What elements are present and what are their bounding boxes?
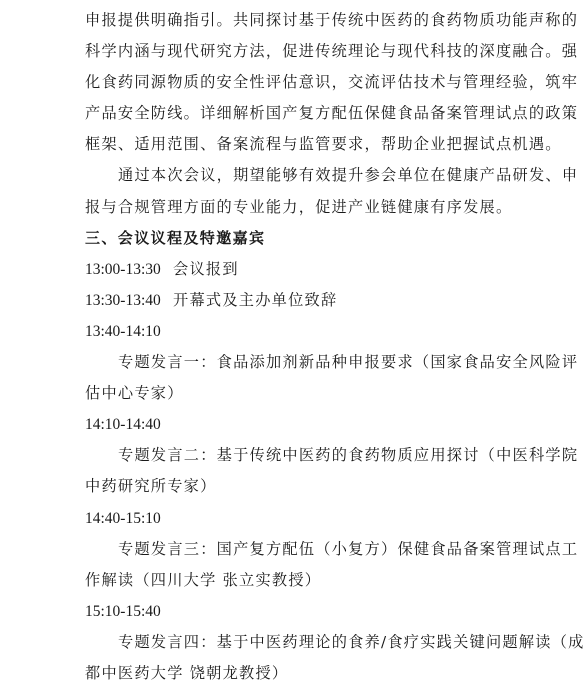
talk-1-line-2: 估中心专家） [85, 378, 500, 409]
agenda-time: 13:00-13:30 [85, 254, 165, 285]
agenda-time: 13:30-13:40 [85, 285, 165, 316]
conclusion-line-1: 通过本次会议，期望能够有效提升参会单位在健康产品研发、申 [85, 160, 500, 191]
intro-line-3: 化食药同源物质的安全性评估意识，交流评估技术与管理经验，筑牢 [85, 67, 500, 98]
intro-line-5: 框架、适用范围、备案流程与监管要求，帮助企业把握试点机遇。 [85, 129, 500, 160]
section-heading: 三、会议议程及特邀嘉宾 [85, 223, 500, 254]
agenda-time-talk-1: 13:40-14:10 [85, 316, 500, 347]
talk-1-line-1: 专题发言一：食品添加剂新品种申报要求（国家食品安全风险评 [85, 347, 500, 378]
talk-3-line-2: 作解读（四川大学 张立实教授） [85, 565, 500, 596]
agenda-item-opening: 13:30-13:40开幕式及主办单位致辞 [85, 285, 500, 316]
agenda-time-talk-3: 14:40-15:10 [85, 503, 500, 534]
agenda-item-registration: 13:00-13:30会议报到 [85, 254, 500, 285]
document-page: 申报提供明确指引。共同探讨基于传统中医药的食药物质功能声称的 科学内涵与现代研究… [85, 5, 500, 689]
agenda-time-talk-4: 15:10-15:40 [85, 596, 500, 627]
agenda-title: 会议报到 [173, 260, 239, 278]
agenda-time-talk-2: 14:10-14:40 [85, 409, 500, 440]
talk-2-line-1: 专题发言二：基于传统中医药的食药物质应用探讨（中医科学院 [85, 440, 500, 471]
talk-3-line-1: 专题发言三：国产复方配伍（小复方）保健食品备案管理试点工 [85, 534, 500, 565]
intro-line-2: 科学内涵与现代研究方法，促进传统理论与现代科技的深度融合。强 [85, 36, 500, 67]
talk-2-line-2: 中药研究所专家） [85, 471, 500, 502]
agenda-title: 开幕式及主办单位致辞 [173, 291, 337, 309]
conclusion-line-2: 报与合规管理方面的专业能力，促进产业链健康有序发展。 [85, 192, 500, 223]
talk-4-line-2: 都中医药大学 饶朝龙教授） [85, 658, 500, 689]
intro-line-1: 申报提供明确指引。共同探讨基于传统中医药的食药物质功能声称的 [85, 5, 500, 36]
talk-4-line-1: 专题发言四：基于中医药理论的食养/食疗实践关键问题解读（成 [85, 627, 500, 658]
intro-line-4: 产品安全防线。详细解析国产复方配伍保健食品备案管理试点的政策 [85, 98, 500, 129]
